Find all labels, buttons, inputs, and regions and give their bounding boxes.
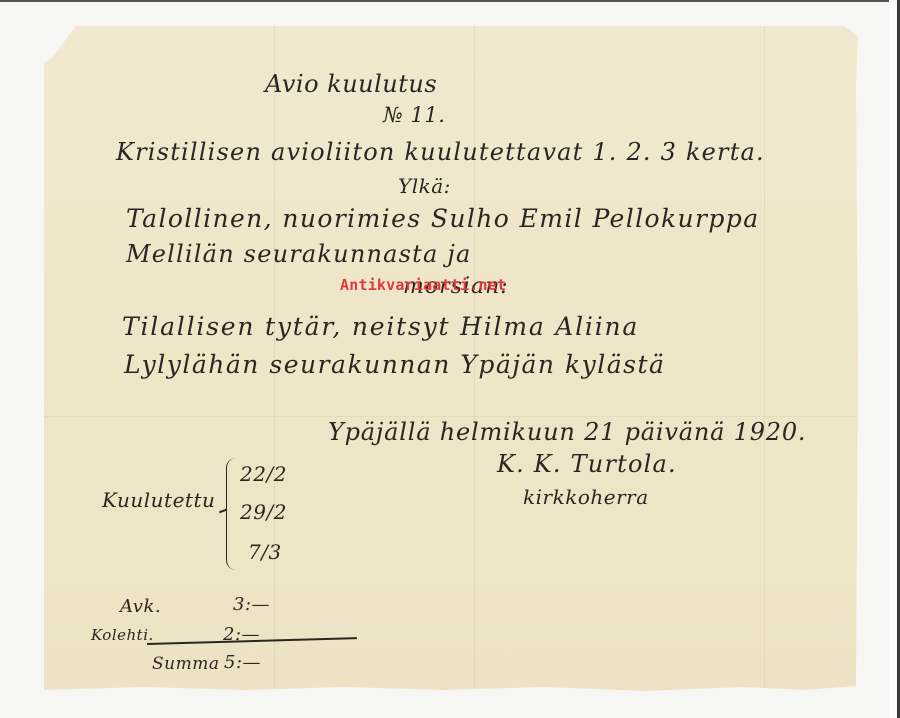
- paper-crease: [764, 26, 765, 692]
- watermark: Antikvariaatti.net: [340, 276, 506, 294]
- fee-label-avk: Avk.: [120, 596, 161, 617]
- groom-parish-line: Mellilän seurakunnasta ja: [126, 240, 472, 268]
- signature-title: kirkkoherra: [523, 485, 649, 509]
- intro-line: Kristillisen avioliiton kuulutettavat 1.…: [116, 138, 765, 166]
- brace-symbol: [226, 458, 241, 570]
- place-date: Ypäjällä helmikuun 21 päivänä 1920.: [328, 418, 806, 446]
- scan-border-top: [0, 0, 900, 2]
- paper-crease: [44, 416, 858, 417]
- bride-parish-line: Lylylähän seurakunnan Ypäjän kylästä: [124, 350, 665, 379]
- scan-margin-right: [889, 0, 897, 718]
- groom-label: Ylkä:: [398, 174, 451, 198]
- fee-amount-avk: 3:—: [233, 594, 270, 615]
- document-number: № 11.: [383, 103, 445, 127]
- announced-date-2: 29/2: [240, 500, 287, 524]
- fee-label-kolehti: Kolehti.: [91, 626, 154, 644]
- signature-name: K. K. Turtola.: [497, 450, 677, 478]
- document-title: Avio kuulutus: [265, 70, 437, 98]
- total-label: Summa: [152, 654, 219, 674]
- announced-label: Kuulutettu: [102, 488, 215, 512]
- bride-line: Tilallisen tytär, neitsyt Hilma Aliina: [122, 312, 639, 341]
- announced-date-3: 7/3: [248, 540, 282, 564]
- groom-line: Talollinen, nuorimies Sulho Emil Pelloku…: [126, 204, 760, 233]
- announced-date-1: 22/2: [240, 462, 287, 486]
- total-amount: 5:—: [224, 652, 261, 673]
